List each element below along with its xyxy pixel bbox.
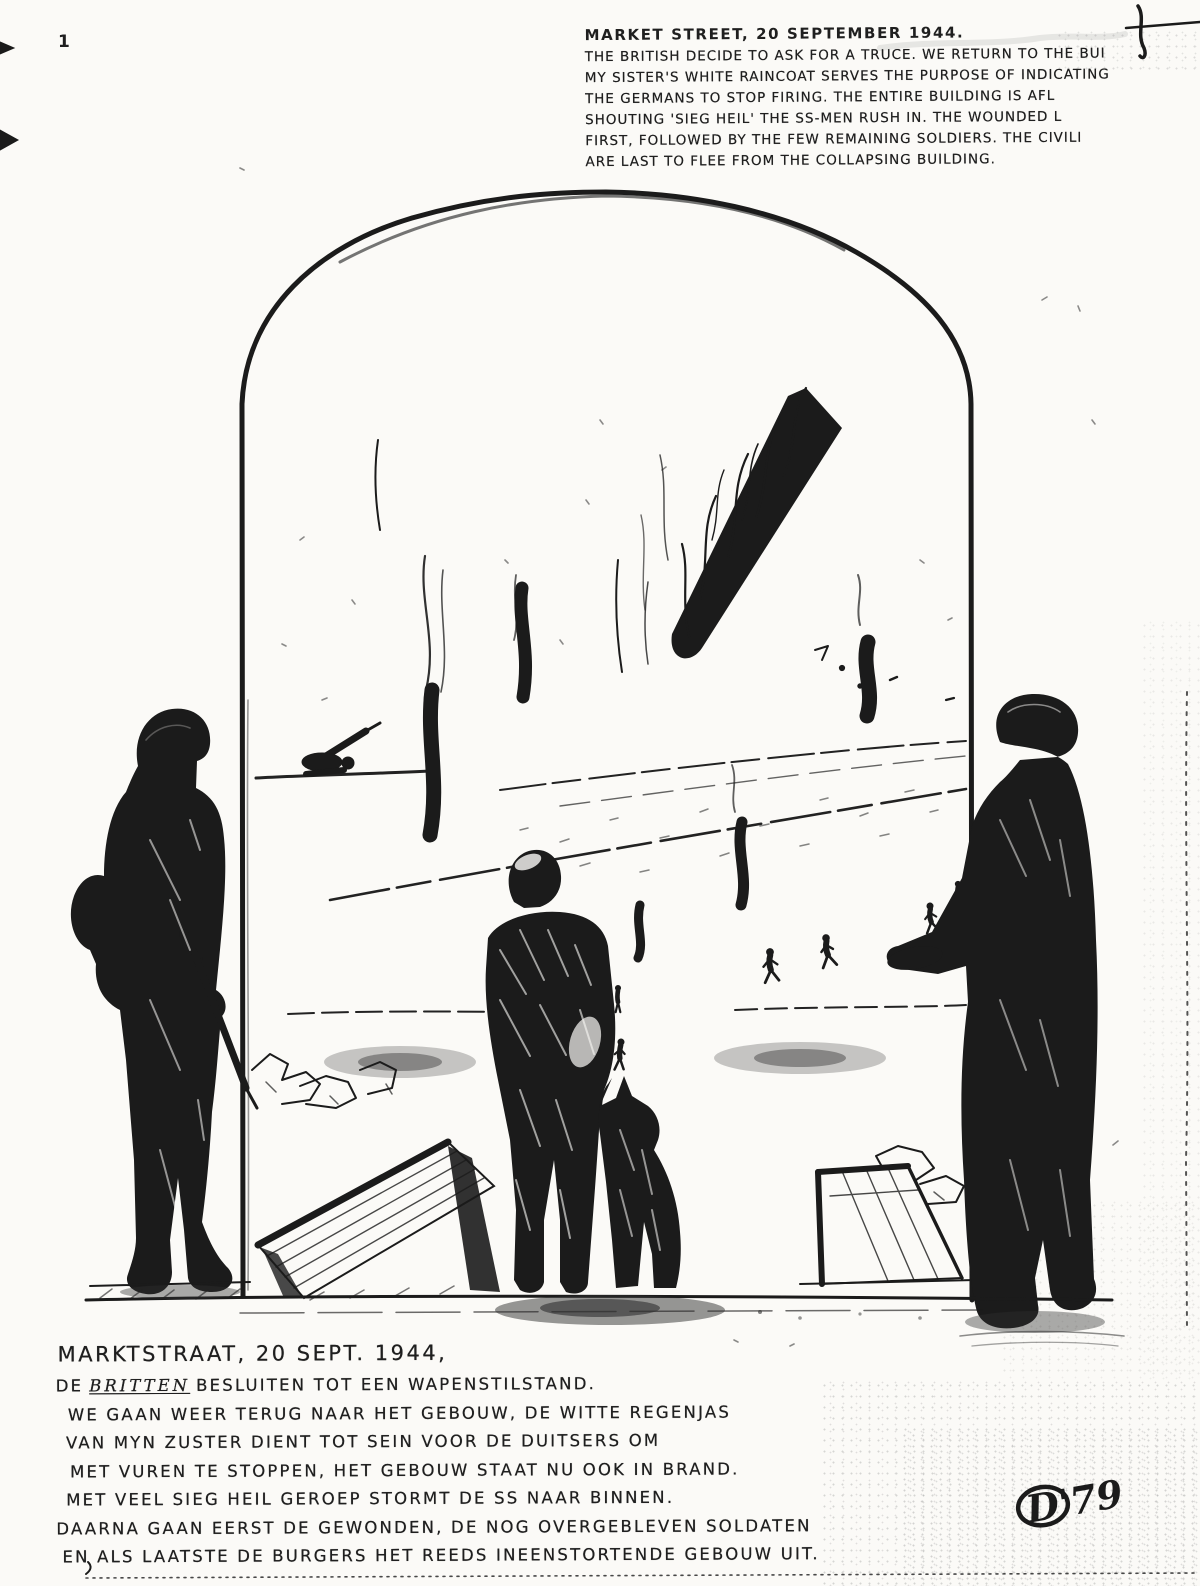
- caption-dutch-title: MARKTSTRAAT, 20 SEPT. 1944,: [58, 1338, 1198, 1367]
- caption-english-title: MARKET STREET, 20 SEPTEMBER 1944.: [584, 22, 1199, 44]
- falling-debris-marks: [815, 646, 954, 700]
- civilian-from-behind: [486, 850, 616, 1294]
- sitting-dog: [599, 1076, 681, 1288]
- caption-dutch-line2-emphasis: BRITTEN: [83, 1376, 196, 1395]
- caption-dutch-line2-pre: DE: [56, 1376, 84, 1395]
- smoke-columns: [375, 440, 869, 958]
- machine-gun-silhouette: [302, 723, 380, 774]
- page-number: 1: [58, 32, 71, 52]
- caption-dutch-line: EN ALS LAATSTE DE BURGERS HET REEDS INEE…: [62, 1539, 1198, 1572]
- wooden-ramp-left: [258, 1142, 500, 1300]
- figure-shadows: [120, 1285, 1105, 1333]
- soldier-left-with-rifle: [71, 709, 257, 1295]
- caption-english-line: ARE LAST TO FLEE FROM THE COLLAPSING BUI…: [585, 148, 1200, 173]
- caption-dutch-line2-post: BESLUITEN TOT EEN WAPENSTILSTAND.: [196, 1374, 596, 1395]
- left-edge-mark: [0, 130, 18, 150]
- bottom-dotted-line: [86, 1573, 1195, 1578]
- scanned-diary-page: 1 MARKET STREET, 20 SEPTEMBER 1944. THE …: [0, 0, 1200, 1586]
- left-edge-mark: [0, 42, 14, 54]
- wooden-ramp-right: [800, 1166, 975, 1284]
- caption-english: MARKET STREET, 20 SEPTEMBER 1944. THE BR…: [584, 22, 1200, 173]
- caption-english-line: MY SISTER'S WHITE RAINCOAT SERVES THE PU…: [585, 64, 1200, 89]
- caption-dutch: MARKTSTRAAT, 20 SEPT. 1944, DEBRITTENBES…: [58, 1338, 1199, 1572]
- burning-falling-beam: [641, 388, 954, 700]
- running-figures: [614, 881, 963, 1070]
- page-edge-dashed-line: [1186, 692, 1187, 1330]
- street-road-lines: [256, 741, 966, 1014]
- street-scene: [252, 388, 966, 1204]
